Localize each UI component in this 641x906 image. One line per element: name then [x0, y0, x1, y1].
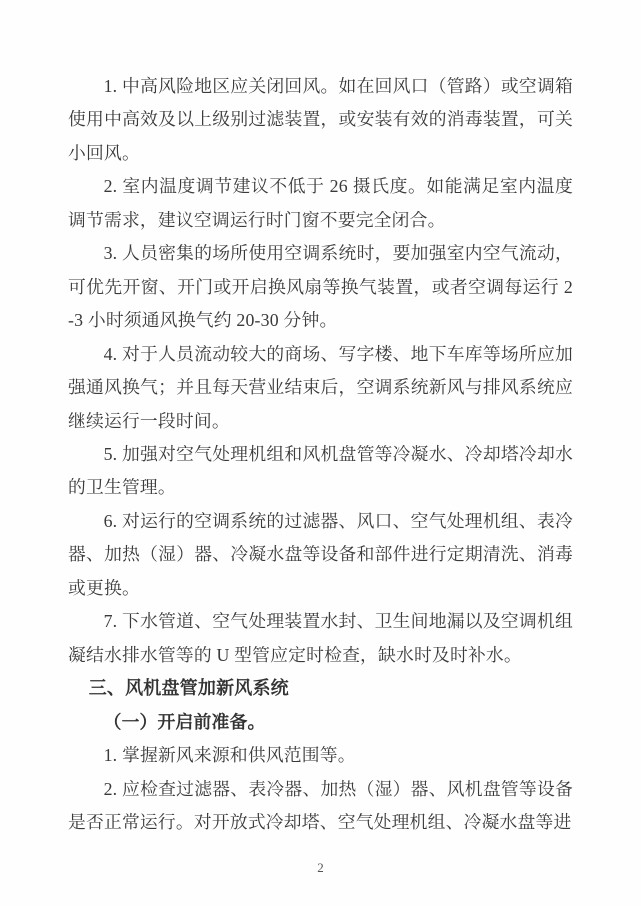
subsection-heading-pre-start-preparation: （一）开启前准备。	[68, 706, 573, 739]
paragraph-prep-item-2: 2. 应检查过滤器、表冷器、加热（湿）器、风机盘管等设备是否正常运行。对开放式冷…	[68, 773, 573, 840]
page-number: 2	[0, 860, 641, 876]
document-body: 1. 中高风险地区应关闭回风。如在回风口（管路）或空调箱使用中高效及以上级别过滤…	[68, 70, 573, 839]
paragraph-item-7: 7. 下水管道、空气处理装置水封、卫生间地漏以及空调机组凝结水排水管等的 U 型…	[68, 605, 573, 672]
paragraph-item-5: 5. 加强对空气处理机组和风机盘管等冷凝水、冷却塔冷却水的卫生管理。	[68, 438, 573, 505]
paragraph-item-6: 6. 对运行的空调系统的过滤器、风口、空气处理机组、表冷器、加热（湿）器、冷凝水…	[68, 505, 573, 605]
paragraph-item-3: 3. 人员密集的场所使用空调系统时，要加强室内空气流动，可优先开窗、开门或开启换…	[68, 237, 573, 337]
paragraph-item-2: 2. 室内温度调节建议不低于 26 摄氏度。如能满足室内温度调节需求，建议空调运…	[68, 170, 573, 237]
paragraph-prep-item-1: 1. 掌握新风来源和供风范围等。	[68, 739, 573, 772]
paragraph-item-1: 1. 中高风险地区应关闭回风。如在回风口（管路）或空调箱使用中高效及以上级别过滤…	[68, 70, 573, 170]
paragraph-item-4: 4. 对于人员流动较大的商场、写字楼、地下车库等场所应加强通风换气；并且每天营业…	[68, 338, 573, 438]
document-page: 1. 中高风险地区应关闭回风。如在回风口（管路）或空调箱使用中高效及以上级别过滤…	[0, 0, 641, 906]
section-heading-fan-coil-fresh-air-system: 三、风机盘管加新风系统	[68, 672, 573, 705]
